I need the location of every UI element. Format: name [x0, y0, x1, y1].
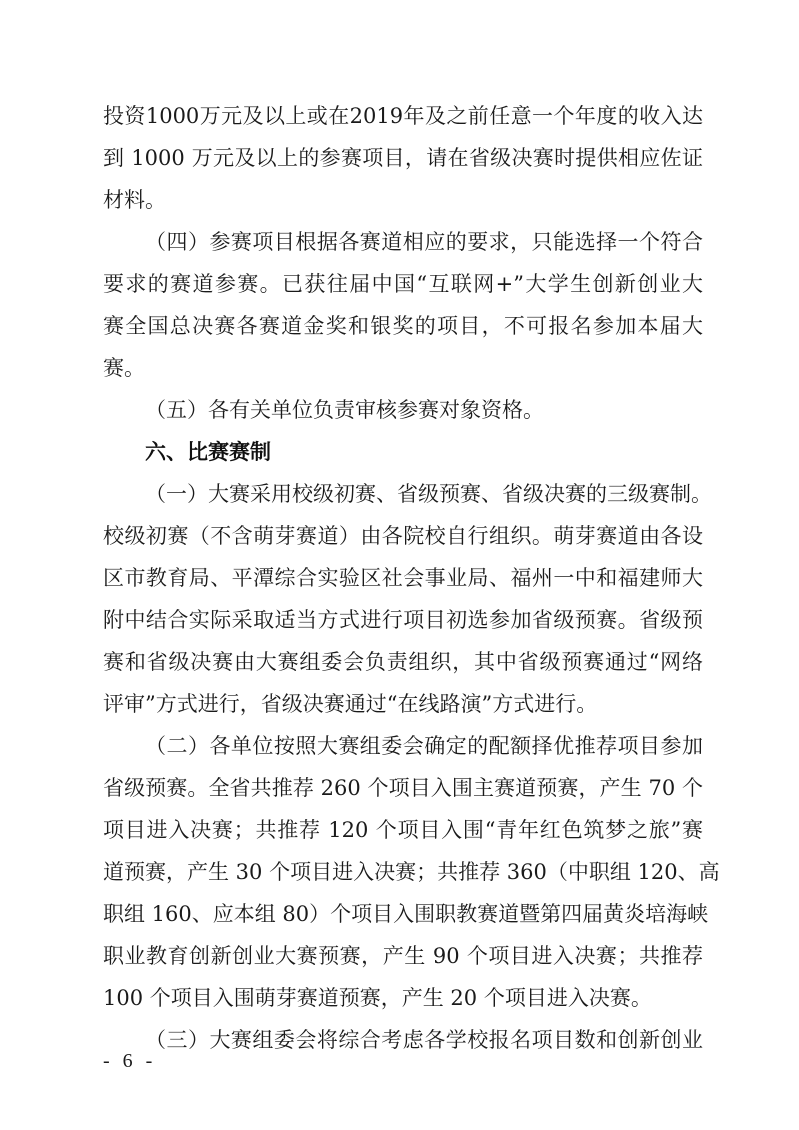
text-line: （一）大赛采用校级初赛、省级预赛、省级决赛的三级赛制。 — [145, 480, 703, 508]
text-line: 100 个项目入围萌芽赛道预赛，产生 20 个项目进入决赛。 — [103, 984, 703, 1012]
text-line: 校级初赛（不含萌芽赛道）由各院校自行组织。萌芽赛道由各设 — [103, 522, 703, 550]
text-line: 评审”方式进行，省级决赛通过“在线路演”方式进行。 — [103, 690, 703, 718]
page-number: - 6 - — [103, 1048, 156, 1074]
text-line: 赛。 — [103, 354, 703, 382]
text-line: （四）参赛项目根据各赛道相应的要求，只能选择一个符合 — [145, 228, 703, 256]
text-line: 省级预赛。全省共推荐 260 个项目入围主赛道预赛，产生 70 个 — [103, 774, 703, 802]
text-line: （二）各单位按照大赛组委会确定的配额择优推荐项目参加 — [145, 732, 703, 760]
text-line: 赛全国总决赛各赛道金奖和银奖的项目，不可报名参加本届大 — [103, 312, 703, 340]
text-line: 材料。 — [103, 186, 703, 214]
text-line: 项目进入决赛；共推荐 120 个项目入围“青年红色筑梦之旅”赛 — [103, 816, 703, 844]
text-line: 区市教育局、平潭综合实验区社会事业局、福州一中和福建师大 — [103, 564, 703, 592]
text-line: 道预赛，产生 30 个项目进入决赛；共推荐 360（中职组 120、高 — [103, 858, 703, 886]
text-line: 投资1000万元及以上或在2019年及之前任意一个年度的收入达 — [103, 102, 703, 130]
document-page: 投资1000万元及以上或在2019年及之前任意一个年度的收入达 到 1000 万… — [0, 0, 799, 1130]
text-line: 赛和省级决赛由大赛组委会负责组织，其中省级预赛通过“网络 — [103, 648, 703, 676]
text-line: （三）大赛组委会将综合考虑各学校报名项目数和创新创业 — [145, 1026, 703, 1054]
text-line: 职组 160、应本组 80）个项目入围职教赛道暨第四届黄炎培海峡 — [103, 900, 703, 928]
text-line: 要求的赛道参赛。已获往届中国“互联网+”大学生创新创业大 — [103, 270, 703, 298]
section-heading: 六、比赛赛制 — [145, 438, 271, 466]
text-line: 到 1000 万元及以上的参赛项目，请在省级决赛时提供相应佐证 — [103, 144, 703, 172]
text-line: （五）各有关单位负责审核参赛对象资格。 — [145, 396, 703, 424]
text-line: 职业教育创新创业大赛预赛，产生 90 个项目进入决赛；共推荐 — [103, 942, 703, 970]
text-line: 附中结合实际采取适当方式进行项目初选参加省级预赛。省级预 — [103, 606, 703, 634]
